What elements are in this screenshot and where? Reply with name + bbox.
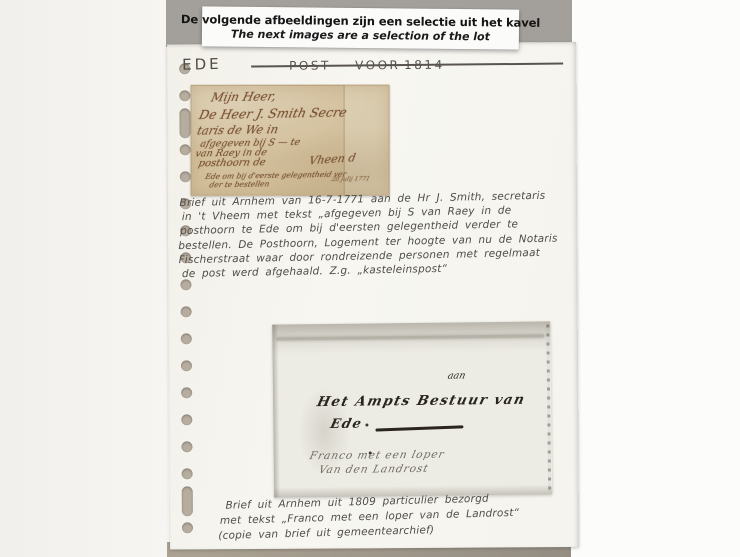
- franco-line-1: Franco met een loper: [308, 449, 446, 463]
- album-sheet: EDE POST VOOR 1814 Mijn Heer, De Heer J.…: [167, 42, 579, 549]
- franco-line-2: Van den Landrost: [317, 463, 430, 476]
- punch-hole: [182, 486, 193, 516]
- page-title-post: POST: [289, 58, 331, 72]
- page-title-year: 1814: [404, 58, 445, 72]
- page-title-ede: EDE: [182, 55, 222, 74]
- address-line-2: Ede: [329, 417, 364, 432]
- punch-hole: [182, 522, 193, 533]
- letter-date-note: 20 julij 1771: [331, 175, 371, 183]
- letter-signature: Vheen d: [308, 151, 357, 167]
- background-left: [0, 0, 168, 557]
- address-dash: [375, 425, 463, 431]
- letter-line: der te bestellen: [208, 179, 270, 189]
- punch-hole: [181, 414, 192, 425]
- photo-of-album-page: EDE POST VOOR 1814 Mijn Heer, De Heer J.…: [0, 0, 740, 557]
- address-line-1: Het Ampts Bestuur van: [315, 392, 527, 410]
- letter-line: Mijn Heer,: [210, 89, 278, 104]
- punch-hole: [181, 333, 192, 344]
- address-aan: aan: [447, 370, 467, 381]
- punch-hole: [182, 468, 193, 479]
- letter-1771-scan: Mijn Heer, De Heer J. Smith Secre taris …: [191, 85, 390, 196]
- caption-1809: Brief uit Arnhem uit 1809 particulier be…: [217, 490, 578, 545]
- punch-hole: [179, 108, 190, 138]
- letter-1809-copy: aan Het Ampts Bestuur van Ede Franco met…: [272, 321, 552, 497]
- ink-dot: [365, 424, 368, 427]
- punch-hole: [181, 360, 192, 371]
- caption-1771: Brief uit Arnhem van 16-7-1771 aan de Hr…: [177, 189, 569, 282]
- punch-hole: [179, 90, 190, 101]
- punch-hole: [181, 441, 192, 452]
- page-title-voor: VOOR: [355, 58, 400, 72]
- punch-hole: [180, 144, 191, 155]
- letter-line: posthoorn de: [197, 157, 267, 169]
- punch-hole: [180, 171, 191, 182]
- letter-line: taris de We in: [196, 122, 280, 137]
- label-text-english: The next images are a selection of the l…: [231, 27, 490, 44]
- letter-line: De Heer J. Smith Secre: [198, 104, 349, 122]
- lot-selection-label: De volgende afbeeldingen zijn een select…: [202, 6, 519, 49]
- punch-hole: [181, 306, 192, 317]
- punch-hole: [181, 387, 192, 398]
